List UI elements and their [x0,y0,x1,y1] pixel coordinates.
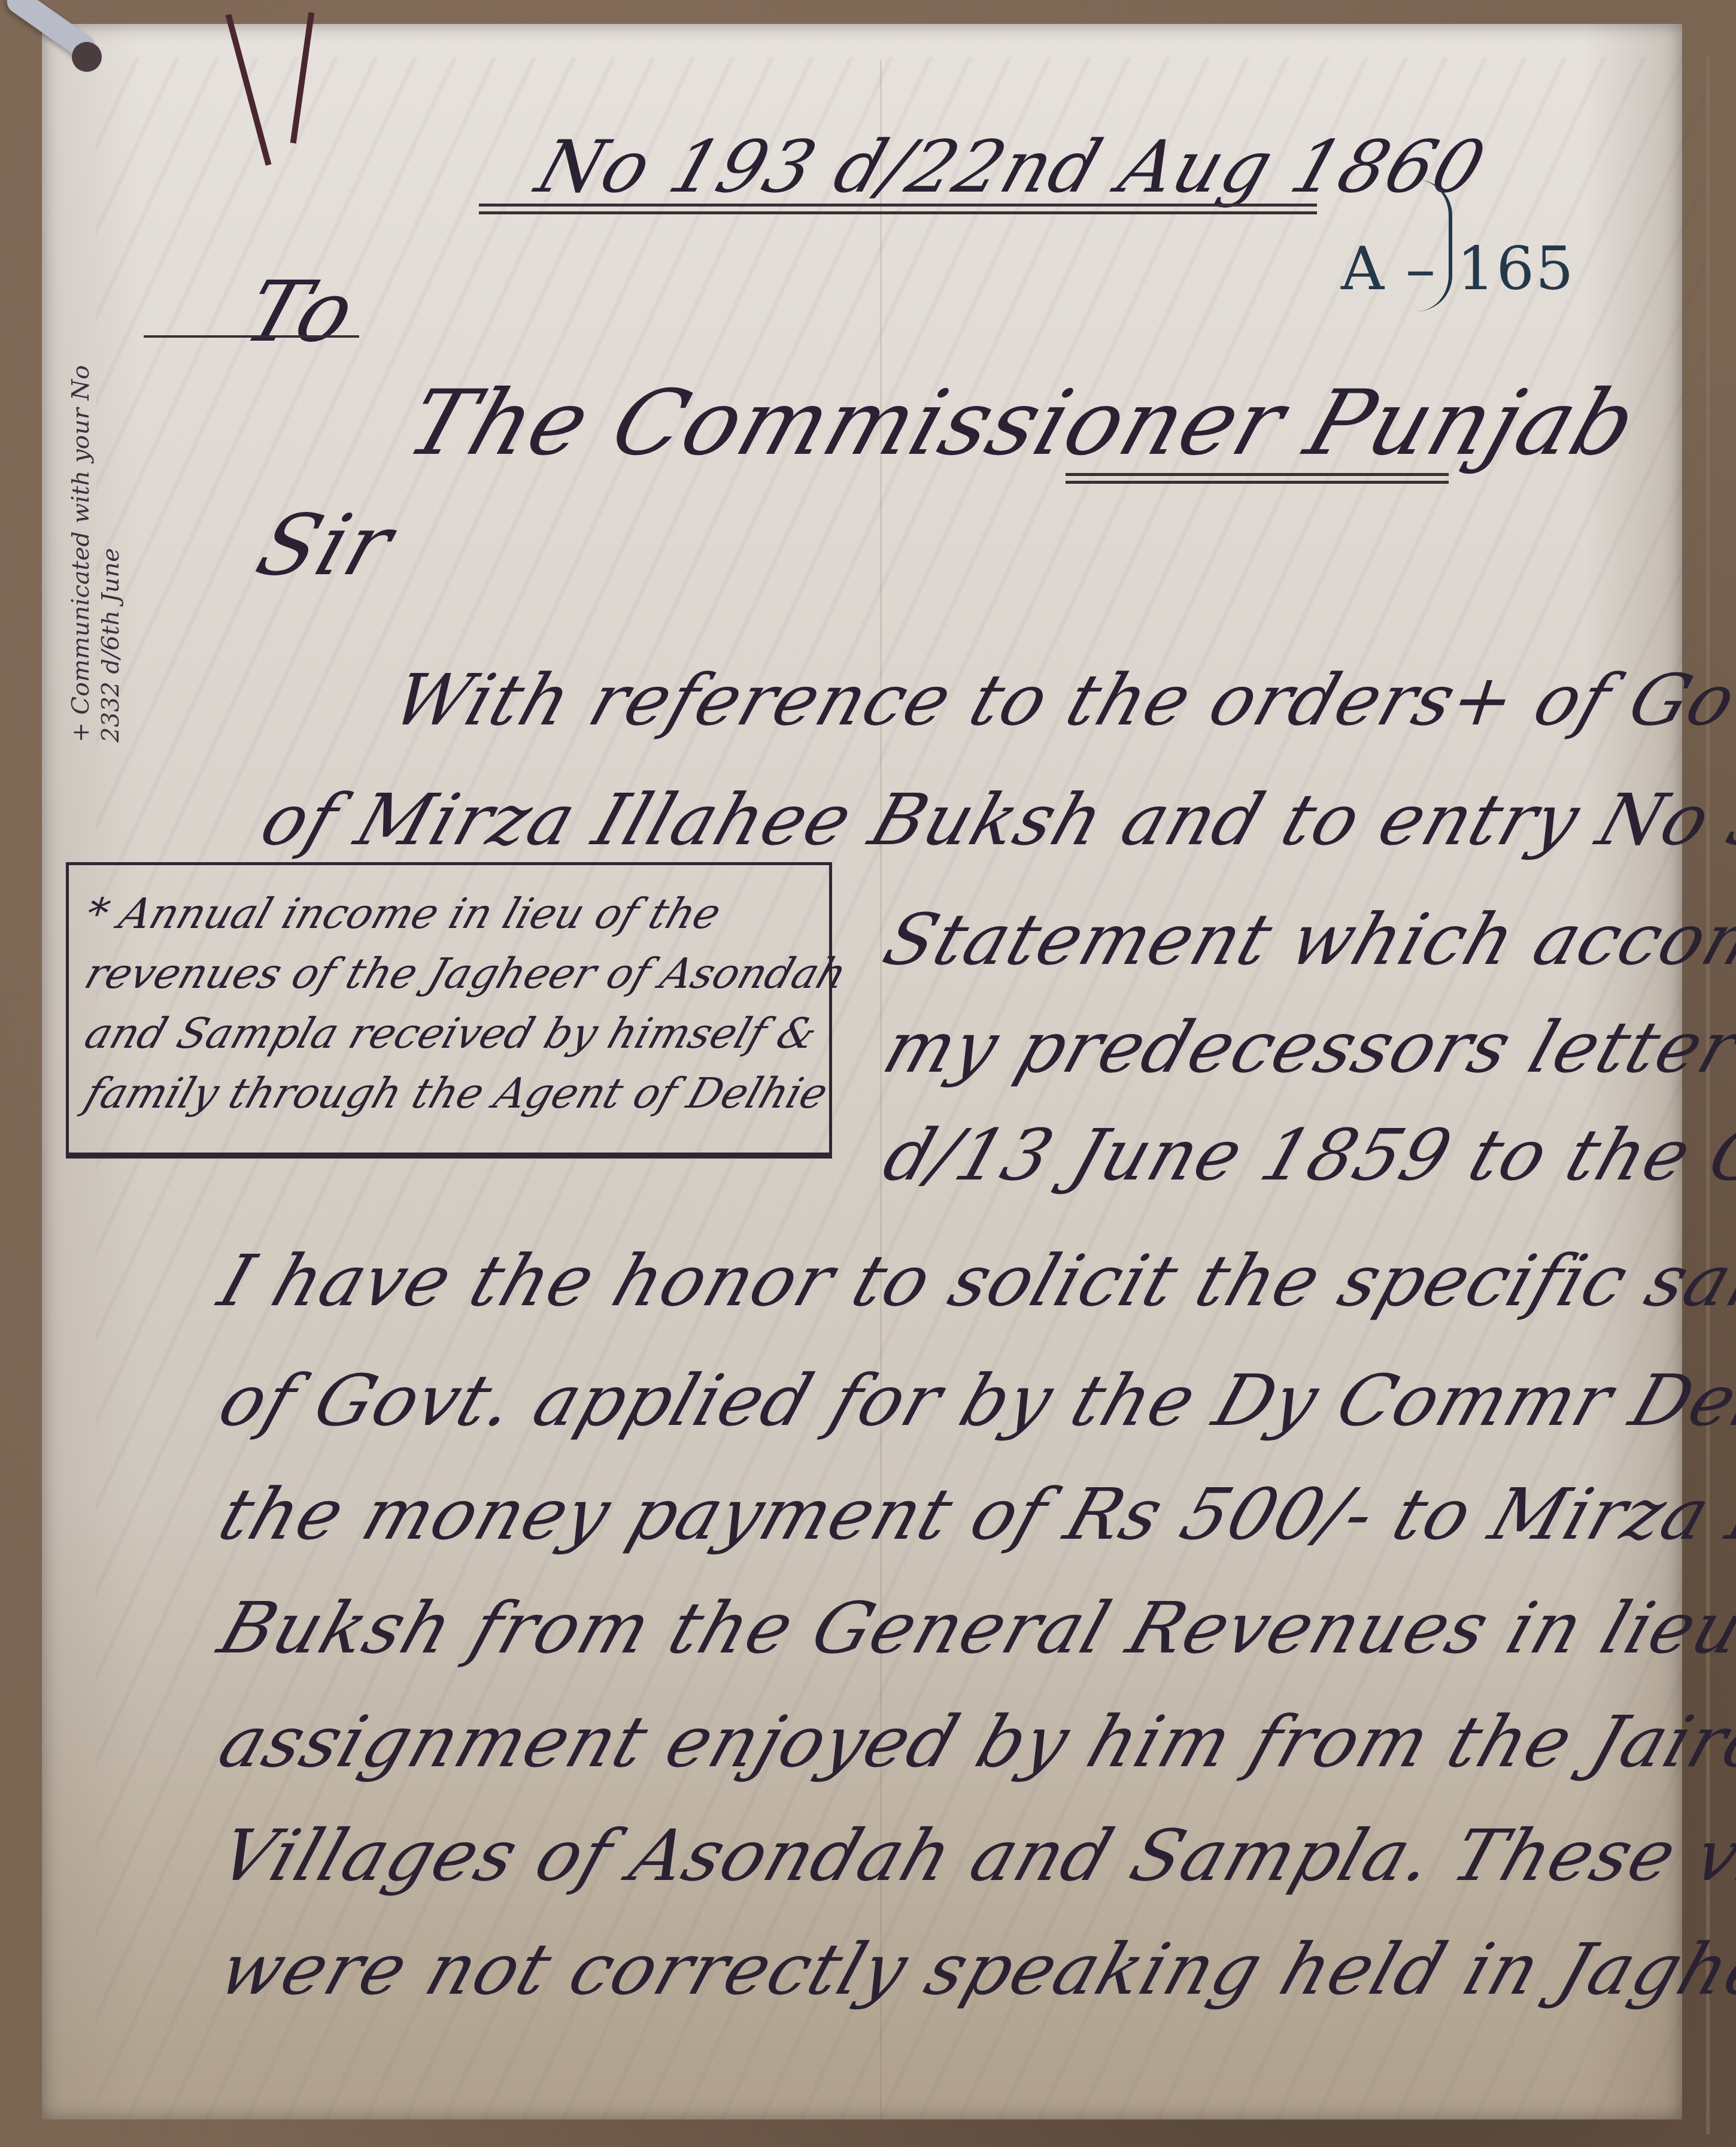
punch-hole [72,42,102,72]
letter-reference-number: No 193 d/22nd Aug 1860 [527,126,1495,209]
body-line: my predecessors letter No 198 [874,1006,1736,1088]
body-line: Statement which accompanied [874,898,1736,981]
archive-number: A – 165 [1341,233,1575,304]
body-line: assignment enjoyed by him from the Jairo… [210,1700,1736,1783]
body-line: were not correctly speaking held in Jagh… [210,1928,1736,2010]
header-underline [479,204,1317,214]
body-line: of Mirza Illahee Buksh and to entry No 3… [251,778,1736,861]
body-line: d/13 June 1859 to the Govt. [874,1114,1736,1196]
annotation-line: revenues of the Jagheer of Asondah [79,949,853,998]
body-line: I have the honor to solicit the specific… [210,1239,1736,1322]
body-line: of Govt. applied for by the Dy Commr Del… [210,1359,1736,1442]
annotation-line: * Annual income in lieu of the [79,889,727,938]
margin-note: + Communicated with your No 2332 d/6th J… [66,359,126,742]
body-line: With reference to the orders+ of Govt. i… [383,659,1736,741]
body-line: Buksh from the General Revenues in lieu … [210,1587,1736,1669]
addressee: The Commissioner Punjab [395,371,1650,475]
annotation-line: and Sampla received by himself & [79,1009,824,1058]
annotation-line: family through the Agent of Delhie [79,1069,834,1118]
boxed-annotation: * Annual income in lieu of the revenues … [66,862,832,1159]
body-line: the money payment of Rs 500/- to Mirza I… [210,1473,1736,1555]
to-underline [144,335,359,338]
body-line: Villages of Asondah and Sampla. These vi… [210,1814,1736,1897]
addressee-underline [1066,473,1449,484]
